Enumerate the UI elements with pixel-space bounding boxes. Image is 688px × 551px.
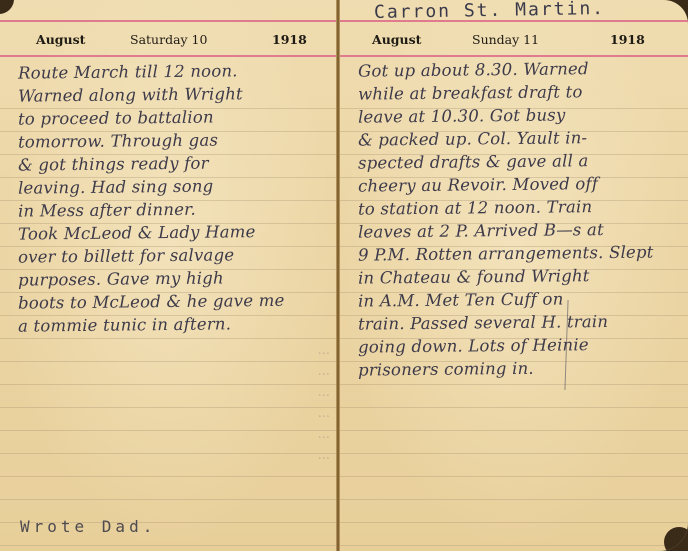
entry-line: leave at 10.30. Got busy xyxy=(358,102,666,128)
entry-line: boots to McLeod & he gave me xyxy=(18,288,326,314)
bleed-line: ... xyxy=(150,382,330,403)
header-month: August xyxy=(36,32,85,47)
entry-line: Took McLeod & Lady Hame xyxy=(18,219,326,245)
entry-line: leaves at 2 P. Arrived B—s at xyxy=(358,217,666,243)
bleed-line: ... xyxy=(150,361,330,382)
entry-line: train. Passed several H. train xyxy=(358,309,666,335)
entry-line: & got things ready for xyxy=(18,150,326,176)
date-header: August Saturday 10 1918 xyxy=(0,28,338,52)
header-year: 1918 xyxy=(272,32,307,47)
right-page: Carron St. Martin. August Sunday 11 1918… xyxy=(338,0,688,551)
entry-line: to station at 12 noon. Train xyxy=(358,194,666,220)
date-header: August Sunday 11 1918 xyxy=(338,28,688,52)
entry-line: over to billett for salvage xyxy=(18,242,326,268)
bleed-line: ... xyxy=(150,340,330,361)
entry-line: while at breakfast draft to xyxy=(358,79,666,105)
entry-line: leaving. Had sing song xyxy=(18,173,326,199)
red-rule-top xyxy=(0,20,338,22)
bleed-line: ... xyxy=(150,403,330,424)
entry-line: cheery au Revoir. Moved off xyxy=(358,171,666,197)
entry-line: a tommie tunic in aftern. xyxy=(18,311,326,337)
entry-line: & packed up. Col. Yault in- xyxy=(358,125,666,151)
entry-line: 9 P.M. Rotten arrangements. Slept xyxy=(358,240,666,266)
diary-entry: Got up about 8.30. Warned while at break… xyxy=(358,58,666,380)
entry-line: Got up about 8.30. Warned xyxy=(358,56,666,82)
entry-line: in Mess after dinner. xyxy=(18,196,326,222)
page-corner xyxy=(664,527,688,551)
header-day: Sunday 11 xyxy=(472,32,539,47)
red-rule-top xyxy=(338,20,688,22)
page-corner xyxy=(0,0,14,14)
entry-line: purposes. Gave my high xyxy=(18,265,326,291)
bleed-through-text: ... ... ... ... ... ... xyxy=(150,340,330,466)
diary-spread: August Saturday 10 1918 Route March till… xyxy=(0,0,688,551)
entry-line: spected drafts & gave all a xyxy=(358,148,666,174)
entry-line: tomorrow. Through gas xyxy=(18,127,326,153)
header-year: 1918 xyxy=(610,32,645,47)
red-rule-bottom xyxy=(0,55,338,57)
diary-entry: Route March till 12 noon. Warned along w… xyxy=(18,60,326,336)
header-day: Saturday 10 xyxy=(130,32,207,47)
entry-line: going down. Lots of Heinie xyxy=(358,332,666,358)
left-page: August Saturday 10 1918 Route March till… xyxy=(0,0,338,551)
entry-line: to proceed to battalion xyxy=(18,104,326,130)
binding-gutter xyxy=(336,0,340,551)
entry-line: prisoners coming in. xyxy=(358,355,666,381)
footnote: Wrote Dad. xyxy=(20,517,156,536)
bleed-line: ... xyxy=(150,424,330,445)
header-month: August xyxy=(372,32,421,47)
bleed-line: ... xyxy=(150,445,330,466)
entry-line: in Chateau & found Wright xyxy=(358,263,666,289)
entry-line: Warned along with Wright xyxy=(18,81,326,107)
entry-line: Route March till 12 noon. xyxy=(18,58,326,84)
entry-line: in A.M. Met Ten Cuff on xyxy=(358,286,666,312)
